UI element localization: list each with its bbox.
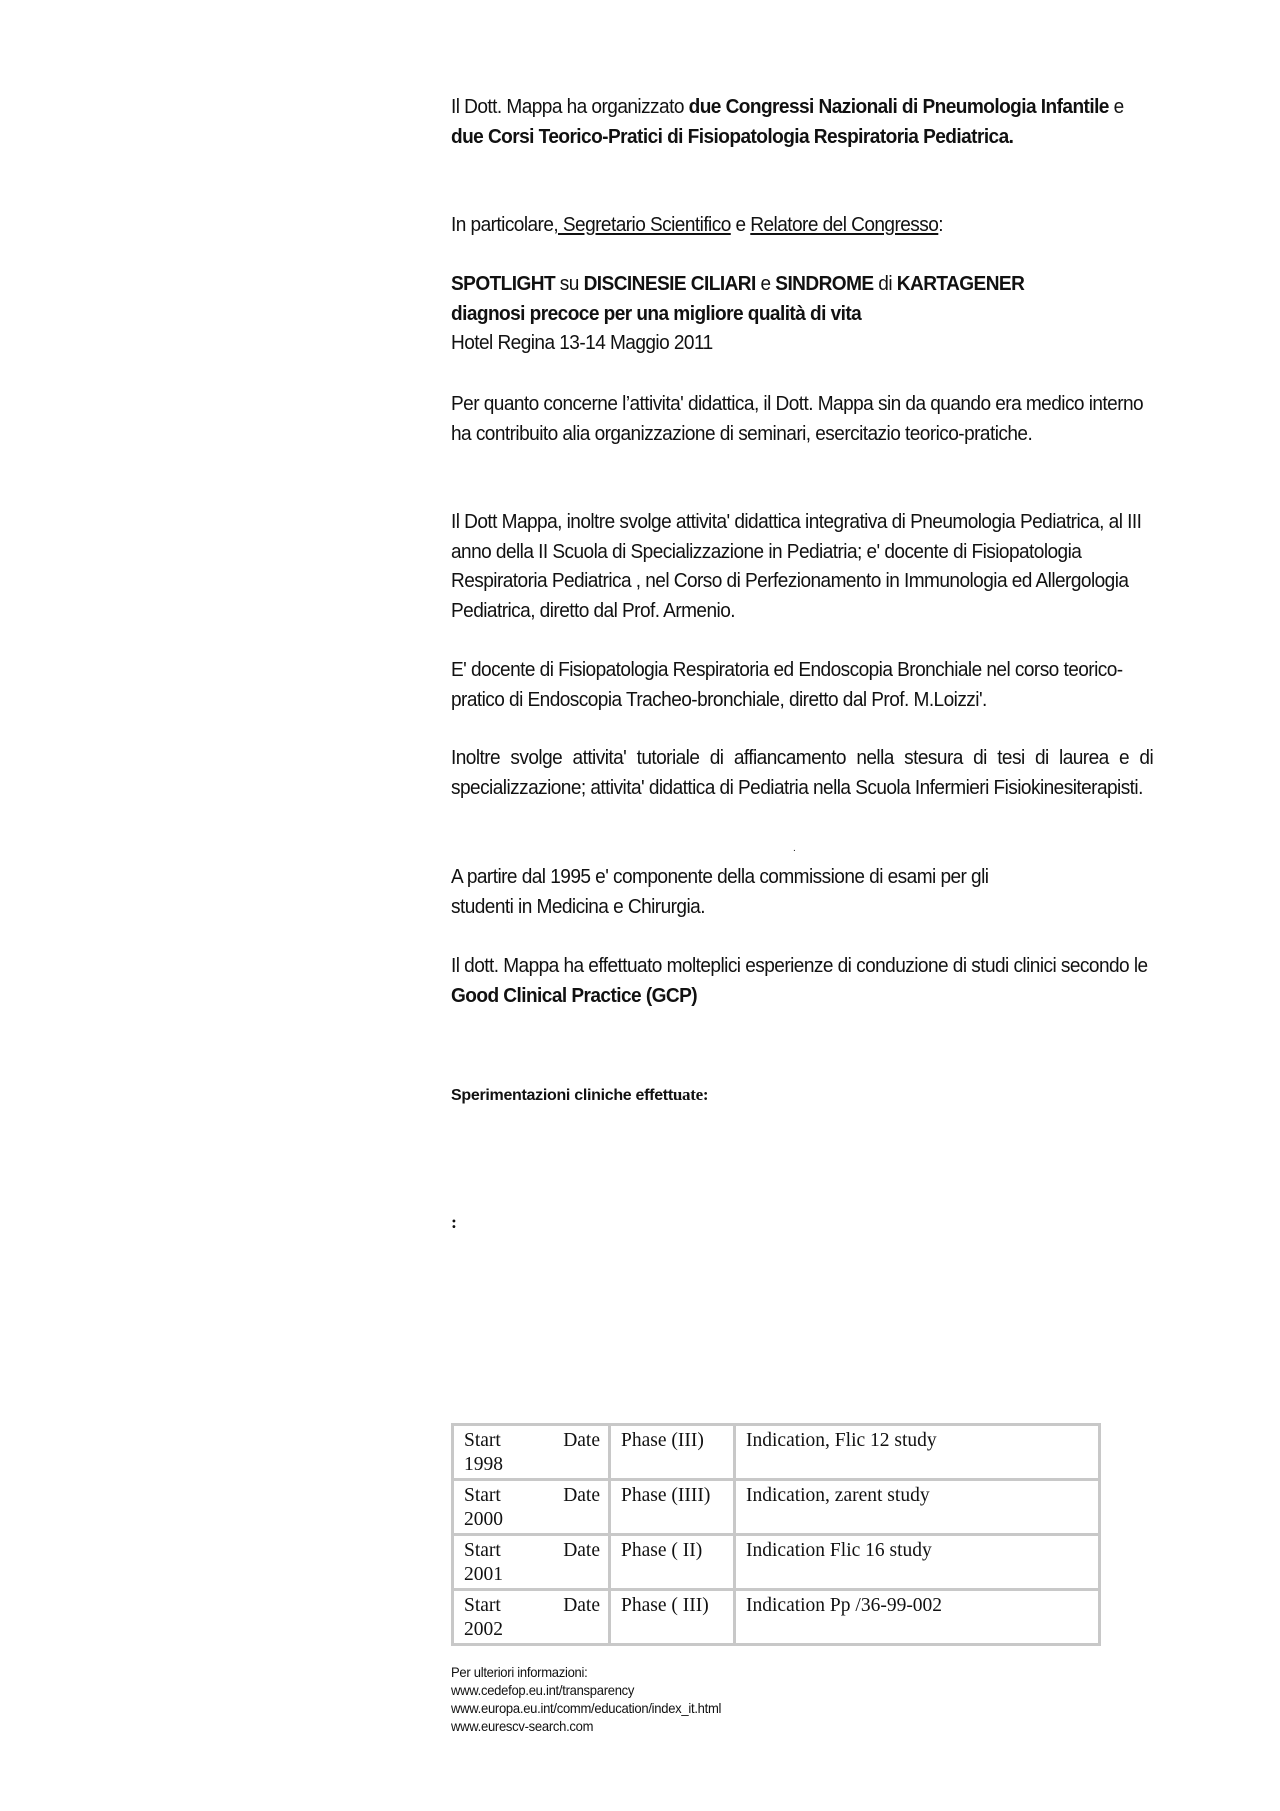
- footer-link-eurescv[interactable]: www.eurescv-search.com: [451, 1717, 721, 1735]
- start-date-cell: StartDate1998: [453, 1425, 610, 1480]
- paragraph-ruolo: In particolare, Segretario Scientifico e…: [451, 210, 1149, 240]
- bold-text: due Congressi Nazionali di Pneumologia I…: [689, 95, 1109, 118]
- indication-cell: Indication Flic 16 study: [735, 1535, 1100, 1590]
- paragraph-attivita-didattica: Per quanto concerne l’attivita' didattic…: [451, 389, 1149, 448]
- year-value: 1998: [464, 1453, 600, 1477]
- year-value: 2002: [464, 1618, 600, 1642]
- date-label: Date: [563, 1539, 600, 1563]
- table-row: StartDate1998Phase (III)Indication, Flic…: [453, 1425, 1100, 1480]
- table-row: StartDate2002Phase ( III)Indication Pp /…: [453, 1590, 1100, 1645]
- stray-dot: .: [793, 843, 796, 854]
- text: In particolare: [451, 213, 553, 236]
- text: Il dott. Mappa ha effettuato molteplici …: [451, 954, 1148, 977]
- trials-table: StartDate1998Phase (III)Indication, Flic…: [451, 1423, 1101, 1646]
- paragraph-endoscopia: E' docente di Fisiopatologia Respiratori…: [451, 655, 1149, 714]
- phase-cell: Phase ( III): [610, 1590, 735, 1645]
- start-label: Start: [464, 1594, 501, 1618]
- colon-mark: :: [451, 1212, 457, 1233]
- date-label: Date: [563, 1594, 600, 1618]
- bold-text: due Corsi Teorico-Pratici di Fisiopatolo…: [451, 125, 1013, 148]
- year-value: 2001: [464, 1563, 600, 1587]
- footer-info: Per ulteriori informazioni: www.cedefop.…: [451, 1663, 721, 1735]
- phase-cell: Phase ( II): [610, 1535, 735, 1590]
- date-label: Date: [563, 1484, 600, 1508]
- start-label: Start: [464, 1484, 501, 1508]
- text: e: [731, 213, 751, 236]
- start-label: Start: [464, 1539, 501, 1563]
- congress-title-line1: SPOTLIGHT su DISCINESIE CILIARI e SINDRO…: [451, 269, 1149, 299]
- underlined-text: Relatore del Congresso: [750, 213, 938, 236]
- year-value: 2000: [464, 1508, 600, 1532]
- document-page: Il Dott. Mappa ha organizzato due Congre…: [0, 0, 1280, 1811]
- start-date-cell: StartDate2000: [453, 1480, 610, 1535]
- phase-cell: Phase (IIII): [610, 1480, 735, 1535]
- paragraph-tutoriale: Inoltre svolge attivita' tutoriale di af…: [451, 743, 1153, 802]
- paragraph-didattica-integrativa: Il Dott Mappa, inoltre svolge attivita' …: [451, 507, 1149, 625]
- start-date-cell: StartDate2002: [453, 1590, 610, 1645]
- text: e: [1109, 95, 1124, 118]
- paragraph-gcp: Il dott. Mappa ha effettuato molteplici …: [451, 951, 1149, 1010]
- paragraph-congressi: Il Dott. Mappa ha organizzato due Congre…: [451, 92, 1149, 151]
- trials-heading: Sperimentazioni cliniche effettuate:: [451, 1085, 708, 1105]
- underlined-text: , Segretario Scientifico: [553, 213, 730, 236]
- indication-cell: Indication, Flic 12 study: [735, 1425, 1100, 1480]
- paragraph-commissione: A partire dal 1995 e' componente della c…: [451, 862, 1046, 921]
- footer-link-cedefop[interactable]: www.cedefop.eu.int/transparency: [451, 1681, 721, 1699]
- indication-cell: Indication, zarent study: [735, 1480, 1100, 1535]
- date-label: Date: [563, 1429, 600, 1453]
- indication-cell: Indication Pp /36-99-002: [735, 1590, 1100, 1645]
- table-row: StartDate2000Phase (IIII)Indication, zar…: [453, 1480, 1100, 1535]
- bold-text: Good Clinical Practice (GCP): [451, 984, 697, 1007]
- text: :: [938, 213, 943, 236]
- congress-title-block: SPOTLIGHT su DISCINESIE CILIARI e SINDRO…: [451, 269, 1149, 358]
- phase-cell: Phase (III): [610, 1425, 735, 1480]
- text: Il Dott. Mappa ha organizzato: [451, 95, 689, 118]
- start-date-cell: StartDate2001: [453, 1535, 610, 1590]
- footer-label: Per ulteriori informazioni:: [451, 1663, 721, 1681]
- start-label: Start: [464, 1429, 501, 1453]
- footer-link-europa[interactable]: www.europa.eu.int/comm/education/index_i…: [451, 1699, 721, 1717]
- congress-title-line2: diagnosi precoce per una migliore qualit…: [451, 299, 1149, 329]
- table-row: StartDate2001Phase ( II)Indication Flic …: [453, 1535, 1100, 1590]
- congress-venue: Hotel Regina 13-14 Maggio 2011: [451, 328, 1149, 358]
